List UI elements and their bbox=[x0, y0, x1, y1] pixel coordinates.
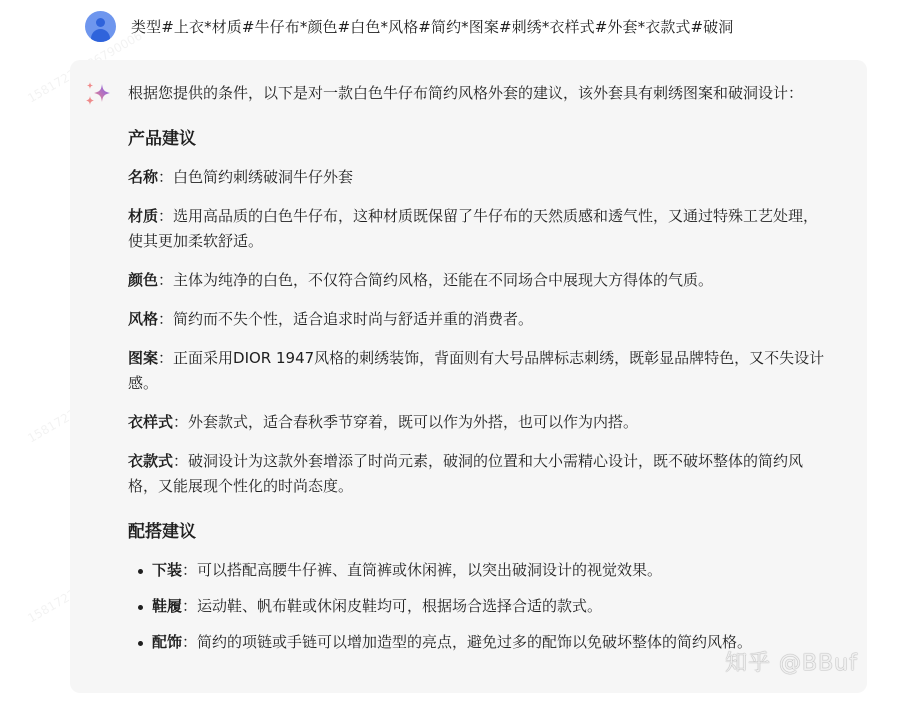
list-item-accessories: 配饰：简约的项链或手链可以增加造型的亮点，避免过多的配饰以免破坏整体的简约风格。 bbox=[128, 630, 828, 655]
section-product-suggestion: 产品建议 名称：白色简约刺绣破洞牛仔外套 材质：选用高品质的白色牛仔布，这种材质… bbox=[128, 127, 828, 499]
list-item-bottoms: 下装：可以搭配高腰牛仔裤、直筒裤或休闲裤，以突出破洞设计的视觉效果。 bbox=[128, 558, 828, 583]
sparkle-icon bbox=[84, 80, 112, 108]
matching-list: 下装：可以搭配高腰牛仔裤、直筒裤或休闲裤，以突出破洞设计的视觉效果。 鞋履：运动… bbox=[128, 558, 828, 655]
detail-style: 风格：简约而不失个性，适合追求时尚与舒适并重的消费者。 bbox=[128, 307, 828, 332]
detail-garment-type: 衣样式：外套款式，适合春秋季节穿着，既可以作为外搭，也可以作为内搭。 bbox=[128, 410, 828, 435]
chat-page: 15817229486790006 15817229486790006 1581… bbox=[0, 0, 899, 701]
section-matching-suggestion: 配搭建议 下装：可以搭配高腰牛仔裤、直筒裤或休闲裤，以突出破洞设计的视觉效果。 … bbox=[128, 520, 828, 655]
list-item-shoes: 鞋履：运动鞋、帆布鞋或休闲皮鞋均可，根据场合选择合适的款式。 bbox=[128, 594, 828, 619]
detail-garment-design: 衣款式：破洞设计为这款外套增添了时尚元素，破洞的位置和大小需精心设计，既不破坏整… bbox=[128, 449, 828, 499]
source-watermark: 知乎 @BBuf bbox=[725, 646, 858, 677]
assistant-response-card: 根据您提供的条件，以下是对一款白色牛仔布简约风格外套的建议，该外套具有刺绣图案和… bbox=[70, 60, 867, 693]
detail-name: 名称：白色简约刺绣破洞牛仔外套 bbox=[128, 165, 828, 190]
detail-color: 颜色：主体为纯净的白色，不仅符合简约风格，还能在不同场合中展现大方得体的气质。 bbox=[128, 268, 828, 293]
detail-material: 材质：选用高品质的白色牛仔布，这种材质既保留了牛仔布的天然质感和透气性，又通过特… bbox=[128, 204, 828, 254]
user-message: 类型#上衣*材质#牛仔布*颜色#白色*风格#简约*图案#刺绣*衣样式#外套*衣款… bbox=[85, 11, 733, 42]
user-avatar-icon bbox=[85, 11, 116, 42]
response-intro: 根据您提供的条件，以下是对一款白色牛仔布简约风格外套的建议，该外套具有刺绣图案和… bbox=[128, 81, 828, 106]
assistant-response-body: 根据您提供的条件，以下是对一款白色牛仔布简约风格外套的建议，该外套具有刺绣图案和… bbox=[128, 81, 828, 666]
section-title: 产品建议 bbox=[128, 127, 828, 151]
section-title: 配搭建议 bbox=[128, 520, 828, 544]
user-query-text: 类型#上衣*材质#牛仔布*颜色#白色*风格#简约*图案#刺绣*衣样式#外套*衣款… bbox=[131, 16, 733, 37]
detail-pattern: 图案：正面采用DIOR 1947风格的刺绣装饰，背面则有大号品牌标志刺绣，既彰显… bbox=[128, 346, 828, 396]
